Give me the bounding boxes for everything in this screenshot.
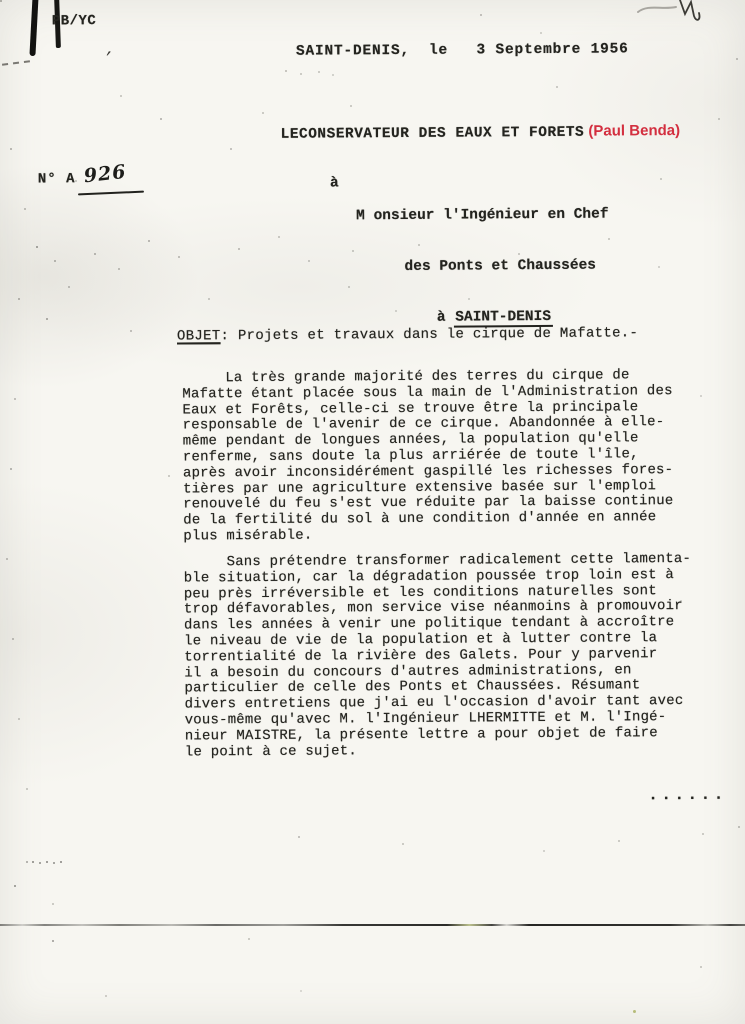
document-number-underline [78, 191, 144, 196]
dateline: SAINT-DENIS, le 3 Septembre 1956 [296, 41, 629, 59]
typed-content-layer: PB/YC SAINT-DENIS, le 3 Septembre 1956 L… [0, 0, 745, 1024]
scanned-letter-page: ’ PB/YC SAINT-DENIS, le 3 Septembre 1956… [0, 0, 745, 1024]
body-paragraph-1: La très grande majorité des terres du ci… [182, 368, 673, 545]
recipient-salutation-prefix: à [330, 175, 339, 191]
continuation-dots: ...... [648, 786, 727, 805]
subject-label: OBJET [177, 328, 221, 344]
recipient-place: SAINT-DENIS [454, 309, 553, 328]
subject-text: : Projets et travaux dans le cirque de M… [220, 325, 638, 344]
subject-line: OBJET: Projets et travaux dans le cirque… [177, 325, 638, 344]
reference-initials: PB/YC [52, 13, 97, 29]
document-number-label: N° A [38, 171, 76, 187]
sender-title: LECONSERVATEUR DES EAUX ET FORETS [281, 125, 585, 143]
recipient-line-1: M onsieur l'Ingénieur en Chef [356, 207, 608, 226]
recipient-line-3: à SAINT-DENIS [437, 309, 609, 327]
recipient-line-2: des Ponts et Chaussées [404, 258, 608, 276]
body-paragraph-2: Sans prétendre transformer radicalement … [184, 552, 693, 761]
sender-annotation-red: (Paul Benda) [584, 122, 680, 140]
sender-title-line: LECONSERVATEUR DES EAUX ET FORETS (Paul … [281, 122, 681, 143]
document-number-handwritten: 926 [83, 161, 128, 188]
recipient-line-3-prefix: à [437, 310, 455, 326]
